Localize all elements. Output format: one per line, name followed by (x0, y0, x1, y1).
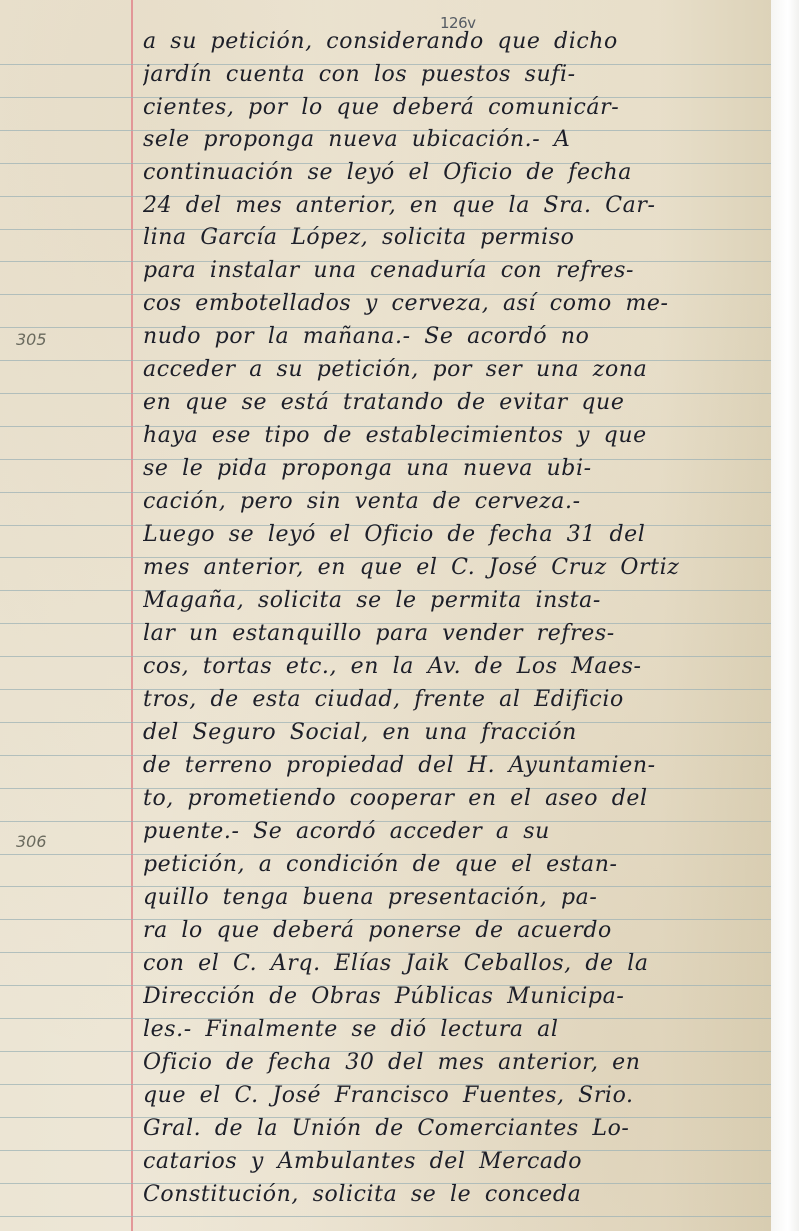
text-line: Magaña, solicita se le permita insta- (143, 585, 783, 617)
text-line: cos, tortas etc., en la Av. de Los Maes- (143, 651, 783, 683)
rule-line (0, 1216, 775, 1217)
text-line: lina García López, solicita permiso (143, 222, 783, 254)
text-line: en que se está tratando de evitar que (143, 387, 783, 419)
text-line: con el C. Arq. Elías Jaik Ceballos, de l… (143, 948, 783, 980)
text-line: del Seguro Social, en una fracción (143, 717, 783, 749)
text-line: lar un estanquillo para vender refres- (143, 618, 783, 650)
text-line: Gral. de la Unión de Comerciantes Lo- (143, 1113, 783, 1145)
text-line: cos embotellados y cerveza, así como me- (143, 288, 783, 320)
entry-number-305: 305 (16, 330, 47, 349)
text-line: to, prometiendo cooperar en el aseo del (143, 783, 783, 815)
text-line: Dirección de Obras Públicas Municipa- (143, 981, 783, 1013)
text-line: quillo tenga buena presentación, pa- (143, 882, 783, 914)
text-line: haya ese tipo de establecimientos y que (143, 420, 783, 452)
text-line: continuación se leyó el Oficio de fecha (143, 157, 783, 189)
text-line: tros, de esta ciudad, frente al Edificio (143, 684, 783, 716)
margin-line (131, 0, 133, 1231)
text-line: a su petición, considerando que dicho (143, 26, 783, 58)
text-line: de terreno propiedad del H. Ayuntamien- (143, 750, 783, 782)
text-line: puente.- Se acordó acceder a su (143, 816, 783, 848)
text-line: cientes, por lo que deberá comunicár- (143, 92, 783, 124)
text-line: mes anterior, en que el C. José Cruz Ort… (143, 552, 783, 584)
text-line: ra lo que deberá ponerse de acuerdo (143, 915, 783, 947)
text-line: sele proponga nueva ubicación.- A (143, 124, 783, 156)
text-line: nudo por la mañana.- Se acordó no (143, 321, 783, 353)
text-line: que el C. José Francisco Fuentes, Srio. (143, 1080, 783, 1112)
text-line: cación, pero sin venta de cerveza.- (143, 486, 783, 518)
text-line: para instalar una cenaduría con refres- (143, 255, 783, 287)
text-line: Constitución, solicita se le conceda (143, 1179, 783, 1211)
text-line: petición, a condición de que el estan- (143, 849, 783, 881)
next-page-edge (771, 0, 799, 1231)
text-line: jardín cuenta con los puestos sufi- (143, 59, 783, 91)
text-line: Luego se leyó el Oficio de fecha 31 del (143, 519, 783, 551)
text-line: les.- Finalmente se dió lectura al (143, 1014, 783, 1046)
text-line: Oficio de fecha 30 del mes anterior, en (143, 1047, 783, 1079)
text-line: acceder a su petición, por ser una zona (143, 354, 783, 386)
entry-number-306: 306 (16, 832, 47, 851)
text-line: se le pida proponga una nueva ubi- (143, 453, 783, 485)
ledger-page: 126v 305 306 a su petición, considerando… (0, 0, 775, 1231)
text-line: 24 del mes anterior, en que la Sra. Car- (143, 190, 783, 222)
text-line: catarios y Ambulantes del Mercado (143, 1146, 783, 1178)
